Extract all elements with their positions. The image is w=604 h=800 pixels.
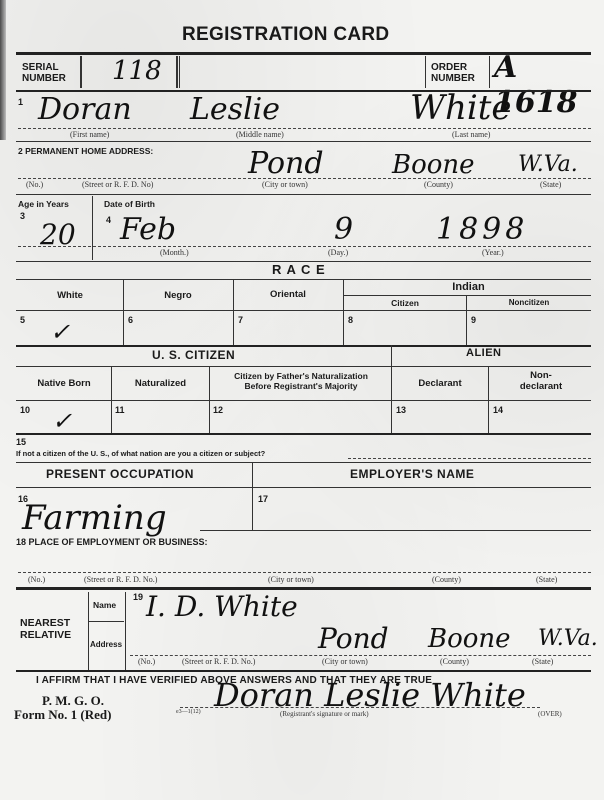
pmgo-label: P. M. G. O. bbox=[42, 694, 104, 708]
race-col-white: White bbox=[20, 290, 120, 301]
citizen-col-native-born: Native Born bbox=[18, 378, 110, 389]
rule bbox=[16, 279, 591, 280]
last-name-value: White bbox=[410, 88, 512, 128]
relative-city-value: Pond bbox=[318, 622, 389, 655]
divider bbox=[252, 462, 253, 530]
divider bbox=[489, 56, 490, 88]
header-line1: Citizen by Father's Naturalization bbox=[212, 371, 390, 381]
serial-label-line1: SERIAL bbox=[22, 62, 66, 73]
relative-state-value: W.Va. bbox=[538, 626, 598, 651]
caption-first-name: (First name) bbox=[70, 130, 109, 139]
signature-caption: (Registrant's signature or mark) bbox=[280, 710, 369, 718]
birth-date-label: Date of Birth bbox=[104, 199, 155, 209]
rule bbox=[343, 295, 591, 296]
race-indian-heading: Indian bbox=[346, 281, 591, 293]
field-number: 19 bbox=[133, 592, 143, 602]
divider bbox=[176, 56, 178, 88]
over-label: (OVER) bbox=[538, 710, 562, 718]
caption-year: (Year.) bbox=[482, 248, 504, 257]
field-number: 4 bbox=[106, 215, 111, 225]
home-county-value: Boone bbox=[392, 150, 475, 180]
caption-state: (State) bbox=[540, 180, 561, 189]
rule bbox=[16, 345, 591, 347]
rule bbox=[16, 487, 591, 488]
relative-county-value: Boone bbox=[428, 624, 511, 654]
divider bbox=[125, 592, 126, 670]
serial-label-line2: NUMBER bbox=[22, 73, 66, 84]
caption-city: (City or town) bbox=[322, 657, 368, 666]
rule bbox=[16, 366, 591, 367]
field-number: 12 bbox=[213, 405, 223, 415]
race-white-check[interactable]: ✓ bbox=[50, 318, 70, 346]
citizen-col-fathers-naturalization: Citizen by Father's Naturalization Befor… bbox=[212, 371, 390, 391]
rule bbox=[16, 310, 591, 311]
rule bbox=[16, 462, 591, 463]
field-number: 7 bbox=[238, 315, 243, 325]
order-label-line1: ORDER bbox=[431, 62, 475, 73]
middle-name-value: Leslie bbox=[190, 92, 280, 127]
caption-state: (State) bbox=[532, 657, 553, 666]
rule bbox=[16, 670, 591, 672]
caption-county: (County) bbox=[432, 575, 461, 584]
employment-underline bbox=[18, 572, 591, 573]
order-number-label: ORDER NUMBER bbox=[431, 62, 475, 84]
citizen-col-naturalized: Naturalized bbox=[113, 378, 208, 389]
race-col-negro: Negro bbox=[126, 290, 230, 301]
first-name-value: Doran bbox=[38, 92, 132, 127]
divider bbox=[80, 56, 82, 88]
field-number: 13 bbox=[396, 405, 406, 415]
header-line2: Before Registrant's Majority bbox=[212, 381, 390, 391]
relative-address-label: Address bbox=[90, 640, 122, 649]
relative-label-line1: NEAREST bbox=[20, 617, 71, 629]
nation-underline bbox=[348, 458, 591, 459]
card-title: REGISTRATION CARD bbox=[182, 24, 389, 46]
registration-card: REGISTRATION CARD SERIAL NUMBER 118 ORDE… bbox=[0, 0, 604, 800]
divider bbox=[391, 345, 392, 433]
divider bbox=[233, 279, 234, 345]
caption-city: (City or town) bbox=[262, 180, 308, 189]
header-line2: declarant bbox=[491, 381, 591, 392]
field-number: 10 bbox=[20, 405, 30, 415]
caption-no: (No.) bbox=[26, 180, 43, 189]
age-label: Age in Years bbox=[18, 199, 69, 209]
relative-name-label: Name bbox=[93, 600, 116, 610]
divider bbox=[88, 592, 89, 670]
caption-state: (State) bbox=[536, 575, 557, 584]
occupation-heading: PRESENT OCCUPATION bbox=[46, 467, 194, 481]
relative-underline bbox=[130, 655, 591, 656]
native-born-check[interactable]: ✓ bbox=[52, 407, 72, 435]
nation-question: If not a citizen of the U. S., of what n… bbox=[16, 449, 265, 458]
alien-col-declarant: Declarant bbox=[394, 378, 486, 389]
us-citizen-heading: U. S. CITIZEN bbox=[152, 348, 235, 362]
rule bbox=[16, 433, 591, 435]
serial-number-label: SERIAL NUMBER bbox=[22, 62, 66, 84]
alien-col-nondeclarant: Non- declarant bbox=[491, 370, 591, 392]
field-number: 8 bbox=[348, 315, 353, 325]
race-col-indian-citizen: Citizen bbox=[346, 298, 464, 308]
caption-day: (Day.) bbox=[328, 248, 348, 257]
field-number: 15 bbox=[16, 437, 26, 447]
caption-no: (No.) bbox=[138, 657, 155, 666]
birth-year-value: 1898 bbox=[436, 212, 528, 247]
field-number: 14 bbox=[493, 405, 503, 415]
rule bbox=[200, 530, 591, 531]
race-col-oriental: Oriental bbox=[236, 289, 340, 300]
print-code: e3—1(12) bbox=[176, 709, 201, 715]
caption-month: (Month.) bbox=[160, 248, 189, 257]
home-state-value: W.Va. bbox=[518, 152, 578, 177]
home-address-label: 2 PERMANENT HOME ADDRESS: bbox=[18, 146, 153, 156]
employer-heading: EMPLOYER'S NAME bbox=[350, 467, 474, 481]
birth-day-value: 9 bbox=[334, 212, 353, 247]
relative-name-value: I. D. White bbox=[146, 590, 298, 623]
birth-underline bbox=[18, 246, 591, 247]
rule bbox=[16, 400, 591, 401]
serial-number-value: 118 bbox=[112, 56, 162, 86]
nearest-relative-label: NEAREST RELATIVE bbox=[20, 617, 71, 641]
caption-last-name: (Last name) bbox=[452, 130, 490, 139]
alien-heading: ALIEN bbox=[466, 347, 502, 359]
birth-month-value: Feb bbox=[120, 212, 176, 247]
divider bbox=[179, 56, 180, 88]
divider bbox=[92, 196, 93, 260]
rule bbox=[16, 141, 591, 142]
field-number: 9 bbox=[471, 315, 476, 325]
occupation-value: Farming bbox=[22, 498, 167, 538]
rule bbox=[88, 621, 124, 622]
field-number: 11 bbox=[115, 405, 125, 415]
relative-label-line2: RELATIVE bbox=[20, 629, 71, 641]
caption-county: (County) bbox=[440, 657, 469, 666]
name-underline bbox=[18, 128, 591, 129]
race-col-indian-noncitizen: Noncitizen bbox=[469, 298, 589, 307]
scan-edge-shadow bbox=[0, 0, 6, 140]
form-number-label: Form No. 1 (Red) bbox=[14, 708, 111, 722]
divider bbox=[466, 296, 467, 345]
caption-county: (County) bbox=[424, 180, 453, 189]
rule bbox=[16, 587, 591, 590]
divider bbox=[343, 279, 344, 345]
field-number: 17 bbox=[258, 494, 268, 504]
address-underline bbox=[18, 178, 591, 179]
caption-street: (Street or R. F. D. No) bbox=[82, 180, 153, 189]
divider bbox=[123, 279, 124, 345]
field-number: 6 bbox=[128, 315, 133, 325]
field-number: 1 bbox=[18, 97, 23, 107]
rule bbox=[16, 194, 591, 195]
header-line1: Non- bbox=[491, 370, 591, 381]
field-number: 3 bbox=[20, 211, 25, 221]
caption-street: (Street or R. F. D. No.) bbox=[182, 657, 255, 666]
field-number: 5 bbox=[20, 315, 25, 325]
registrant-signature: Doran Leslie White bbox=[214, 676, 526, 714]
caption-middle-name: (Middle name) bbox=[236, 130, 284, 139]
divider bbox=[425, 56, 426, 88]
order-label-line2: NUMBER bbox=[431, 73, 475, 84]
caption-street: (Street or R. F. D. No.) bbox=[84, 575, 157, 584]
home-city-value: Pond bbox=[248, 146, 324, 181]
caption-no: (No.) bbox=[28, 575, 45, 584]
employment-place-label: 18 PLACE OF EMPLOYMENT OR BUSINESS: bbox=[16, 537, 208, 547]
race-heading: R A C E bbox=[272, 262, 326, 277]
caption-city: (City or town) bbox=[268, 575, 314, 584]
